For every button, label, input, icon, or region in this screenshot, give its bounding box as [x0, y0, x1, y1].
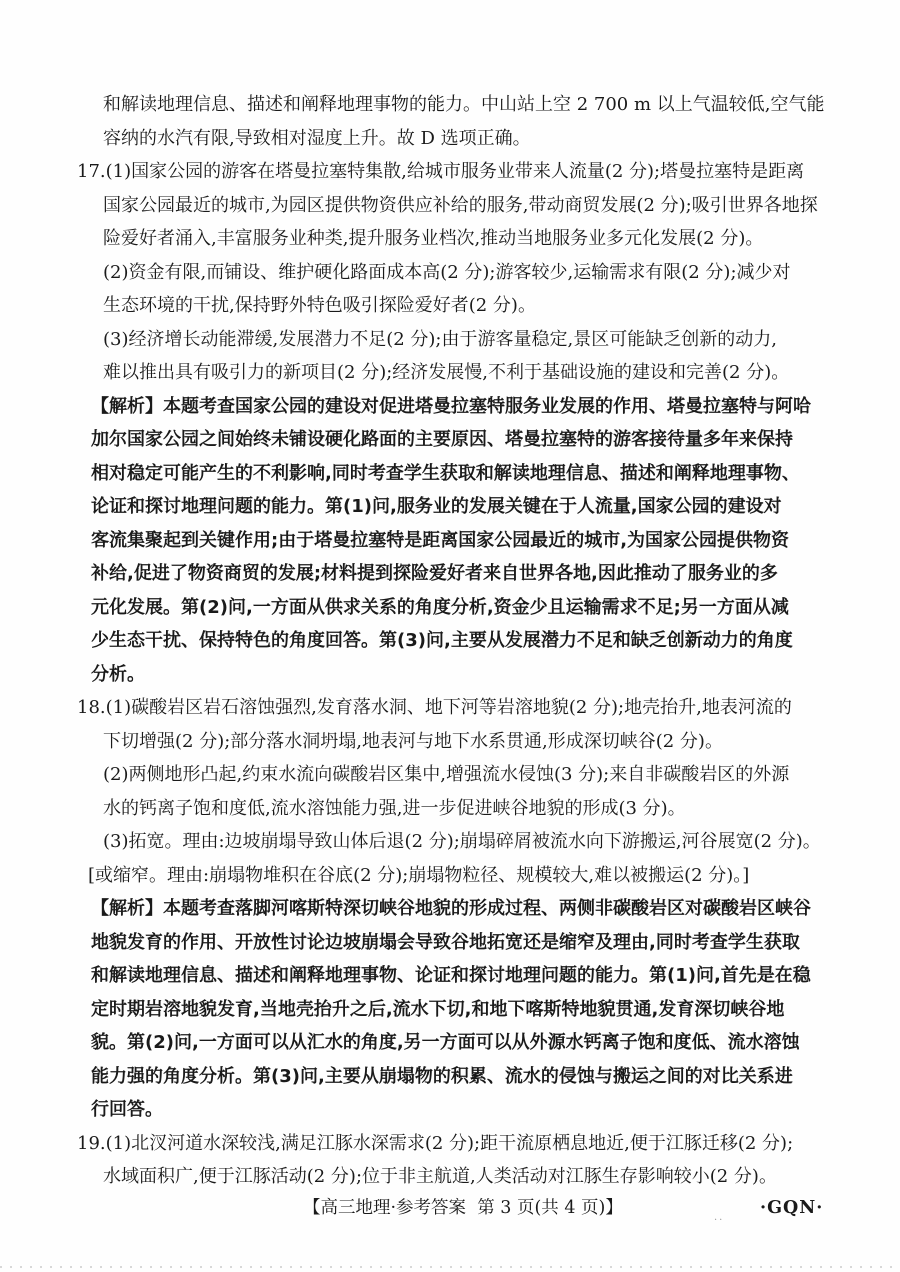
- scanned-answer-page: 和解读地理信息、描述和阐释地理事物的能力。中山站上空 2 700 m 以上气温较…: [0, 0, 900, 1272]
- text-line: 18.(1)碳酸岩区岩石溶蚀强烈,发育落水洞、地下河等岩溶地貌(2 分);地壳抬…: [77, 691, 900, 725]
- text-line: 能力强的角度分析。第(3)问,主要从崩塌物的积累、流水的侵蚀与搬运之间的对比关系…: [91, 1060, 900, 1094]
- page-bottom-edge: [0, 1266, 900, 1268]
- text-line: 少生态干扰、保持特色的角度回答。第(3)问,主要从发展潜力不足和缺乏创新动力的角…: [91, 624, 900, 658]
- text-line: 难以推出具有吸引力的新项目(2 分);经济发展慢,不利于基础设施的建设和完善(2…: [103, 356, 900, 390]
- text-line: 论证和探讨地理问题的能力。第(1)问,服务业的发展关键在于人流量,国家公园的建设…: [91, 490, 900, 524]
- text-line: 19.(1)北汊河道水深较浅,满足江豚水深需求(2 分);距干流原栖息地近,便于…: [77, 1127, 900, 1161]
- text-line: (2)资金有限,而铺设、维护硬化路面成本高(2 分);游客较少,运输需求有限(2…: [103, 256, 900, 290]
- text-line: 容纳的水汽有限,导致相对湿度上升。故 D 选项正确。: [103, 122, 900, 156]
- text-line: 17.(1)国家公园的游客在塔曼拉塞特集散,给城市服务业带来人流量(2 分);塔…: [77, 155, 900, 189]
- text-line: 元化发展。第(2)问,一方面从供求关系的角度分析,资金少且运输需求不足;另一方面…: [91, 591, 900, 625]
- text-line: 定时期岩溶地貌发育,当地壳抬升之后,流水下切,和地下喀斯特地貌贯通,发育深切峡谷…: [91, 993, 900, 1027]
- text-line: 水域面积广,便于江豚活动(2 分);位于非主航道,人类活动对江豚生存影响较小(2…: [103, 1160, 900, 1194]
- text-line: 地貌发育的作用、开放性讨论边坡崩塌会导致谷地拓宽还是缩窄及理由,同时考查学生获取: [91, 926, 900, 960]
- text-line: 和解读地理信息、描述和阐释地理事物的能力。中山站上空 2 700 m 以上气温较…: [103, 88, 900, 122]
- text-line: 行回答。: [91, 1093, 900, 1127]
- text-line: 貌。第(2)问,一方面可以从汇水的角度,另一方面可以从外源水钙离子饱和度低、流水…: [91, 1026, 900, 1060]
- document-lines: 和解读地理信息、描述和阐释地理事物的能力。中山站上空 2 700 m 以上气温较…: [0, 88, 900, 1194]
- footer-page-info: 【高三地理·参考答案 第 3 页(共 4 页)】: [303, 1196, 623, 1220]
- text-line: 生态环境的干扰,保持野外特色吸引探险爱好者(2 分)。: [103, 289, 900, 323]
- text-line: 客流集聚起到关键作用;由于塔曼拉塞特是距离国家公园最近的城市,为国家公园提供物资: [91, 524, 900, 558]
- text-line: (2)两侧地形凸起,约束水流向碳酸岩区集中,增强流水侵蚀(3 分);来自非碳酸岩…: [103, 758, 900, 792]
- text-line: 和解读地理信息、描述和阐释地理事物、论证和探讨地理问题的能力。第(1)问,首先是…: [91, 959, 900, 993]
- text-line: 加尔国家公园之间始终未铺设硬化路面的主要原因、塔曼拉塞特的游客接待量多年来保持: [91, 423, 900, 457]
- footer-smudge-mark: ..: [714, 1206, 724, 1230]
- text-line: 分析。: [91, 658, 900, 692]
- text-line: 水的钙离子饱和度低,流水溶蚀能力强,进一步促进峡谷地貌的形成(3 分)。: [103, 792, 900, 826]
- text-line: 险爱好者涌入,丰富服务业种类,提升服务业档次,推动当地服务业多元化发展(2 分)…: [103, 222, 900, 256]
- page-footer: .. 【高三地理·参考答案 第 3 页(共 4 页)】 ·GQN·: [0, 1196, 900, 1226]
- text-line: (3)经济增长动能滞缓,发展潜力不足(2 分);由于游客量稳定,景区可能缺乏创新…: [103, 323, 900, 357]
- text-line: (3)拓宽。理由:边坡崩塌导致山体后退(2 分);崩塌碎屑被流水向下游搬运,河谷…: [103, 825, 900, 859]
- text-line: 下切增强(2 分);部分落水洞坍塌,地表河与地下水系贯通,形成深切峡谷(2 分)…: [103, 725, 900, 759]
- text-line: 补给,促进了物资商贸的发展;材料提到探险爱好者来自世界各地,因此推动了服务业的多: [91, 557, 900, 591]
- text-line: 【解析】本题考查国家公园的建设对促进塔曼拉塞特服务业发展的作用、塔曼拉塞特与阿哈: [91, 390, 900, 424]
- text-line: [或缩窄。理由:崩塌物堆积在谷底(2 分);崩塌物粒径、规模较大,难以被搬运(2…: [88, 859, 900, 893]
- footer-paper-code: ·GQN·: [760, 1196, 823, 1220]
- text-line: 【解析】本题考查落脚河喀斯特深切峡谷地貌的形成过程、两侧非碳酸岩区对碳酸岩区峡谷: [91, 892, 900, 926]
- text-line: 相对稳定可能产生的不利影响,同时考查学生获取和解读地理信息、描述和阐释地理事物、: [91, 457, 900, 491]
- text-line: 国家公园最近的城市,为园区提供物资供应补给的服务,带动商贸发展(2 分);吸引世…: [103, 189, 900, 223]
